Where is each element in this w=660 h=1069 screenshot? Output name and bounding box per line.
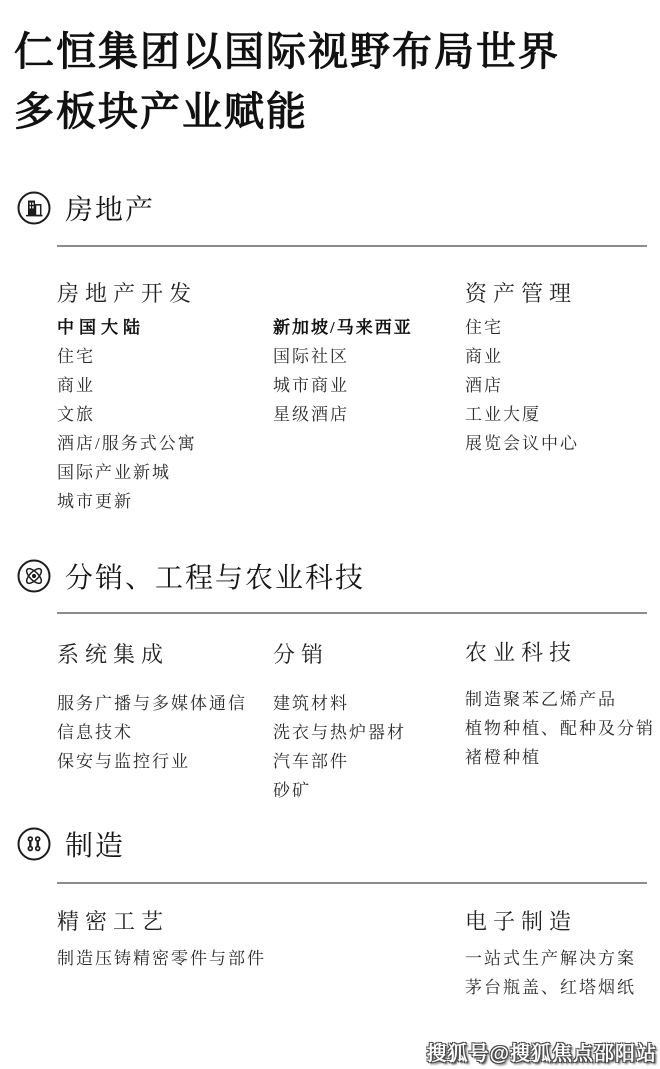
list-singapore-malaysia: 新加坡/马来西亚 国际社区 城市商业 星级酒店 [273, 313, 413, 429]
section-distribution-header: 分销、工程与农业科技 [16, 556, 365, 596]
list-distribution: 建筑材料 洗衣与热炉器材 汽车部件 砂矿 [273, 689, 406, 805]
section-manufacturing-header: 制造 [16, 824, 125, 864]
column-header-real-estate-dev: 房地产开发 [57, 277, 197, 308]
column-header-system-integration: 系统集成 [57, 638, 169, 669]
list-item: 植物种植、配种及分销 [465, 714, 655, 743]
list-item: 文旅 [57, 400, 197, 429]
list-item: 保安与监控行业 [57, 747, 247, 776]
list-item: 城市更新 [57, 487, 197, 516]
list-agritech: 制造聚苯乙烯产品 植物种植、配种及分销 褚橙种植 [465, 685, 655, 772]
column-header-electronics: 电子制造 [465, 905, 577, 936]
list-subheader: 新加坡/马来西亚 [273, 313, 413, 342]
dumbbell-88-icon [16, 826, 52, 862]
list-item: 服务广播与多媒体通信 [57, 689, 247, 718]
list-item: 制造压铸精密零件与部件 [57, 944, 266, 973]
list-item: 商业 [465, 342, 579, 371]
section-divider [57, 882, 647, 884]
list-item: 洗衣与热炉器材 [273, 718, 406, 747]
list-item: 城市商业 [273, 371, 413, 400]
section-divider [57, 612, 647, 614]
list-item: 住宅 [57, 342, 197, 371]
title-line-2: 多板块产业赋能 [14, 82, 560, 142]
list-item: 工业大厦 [465, 400, 579, 429]
list-asset-mgmt: 住宅 商业 酒店 工业大厦 展览会议中心 [465, 313, 579, 458]
list-item: 制造聚苯乙烯产品 [465, 685, 655, 714]
page: 仁恒集团以国际视野布局世界 多板块产业赋能 房地产 房地产开发 资产管理 中国大… [0, 0, 660, 1069]
list-item: 国际社区 [273, 342, 413, 371]
list-electronics: 一站式生产解决方案 茅台瓶盖、红塔烟纸 [465, 944, 636, 1002]
list-china-mainland: 中国大陆 住宅 商业 文旅 酒店/服务式公寓 国际产业新城 城市更新 [57, 313, 197, 516]
list-item: 国际产业新城 [57, 458, 197, 487]
list-system-integration: 服务广播与多媒体通信 信息技术 保安与监控行业 [57, 689, 247, 776]
list-item: 信息技术 [57, 718, 247, 747]
list-item: 一站式生产解决方案 [465, 944, 636, 973]
list-item: 砂矿 [273, 776, 406, 805]
column-header-distribution: 分销 [273, 638, 329, 669]
atom-icon [16, 558, 52, 594]
list-precision: 制造压铸精密零件与部件 [57, 944, 266, 973]
column-header-agritech: 农业科技 [465, 636, 577, 667]
list-item: 褚橙种植 [465, 743, 655, 772]
section-real-estate-header: 房地产 [16, 188, 155, 228]
list-item: 酒店 [465, 371, 579, 400]
list-subheader: 中国大陆 [57, 313, 197, 342]
column-header-precision: 精密工艺 [57, 905, 169, 936]
column-header-asset-mgmt: 资产管理 [465, 277, 577, 308]
list-item: 展览会议中心 [465, 429, 579, 458]
page-title: 仁恒集团以国际视野布局世界 多板块产业赋能 [14, 22, 560, 142]
section-manufacturing-label: 制造 [65, 824, 125, 864]
section-divider [57, 245, 647, 247]
list-item: 茅台瓶盖、红塔烟纸 [465, 973, 636, 1002]
section-real-estate-label: 房地产 [65, 188, 155, 228]
building-icon [16, 190, 52, 226]
list-item: 酒店/服务式公寓 [57, 429, 197, 458]
list-item: 星级酒店 [273, 400, 413, 429]
title-line-1: 仁恒集团以国际视野布局世界 [14, 22, 560, 82]
list-item: 住宅 [465, 313, 579, 342]
section-distribution-label: 分销、工程与农业科技 [65, 556, 365, 596]
list-item: 建筑材料 [273, 689, 406, 718]
list-item: 汽车部件 [273, 747, 406, 776]
list-item: 商业 [57, 371, 197, 400]
watermark: 搜狐号@搜狐焦点邵阳站 [426, 1037, 657, 1066]
